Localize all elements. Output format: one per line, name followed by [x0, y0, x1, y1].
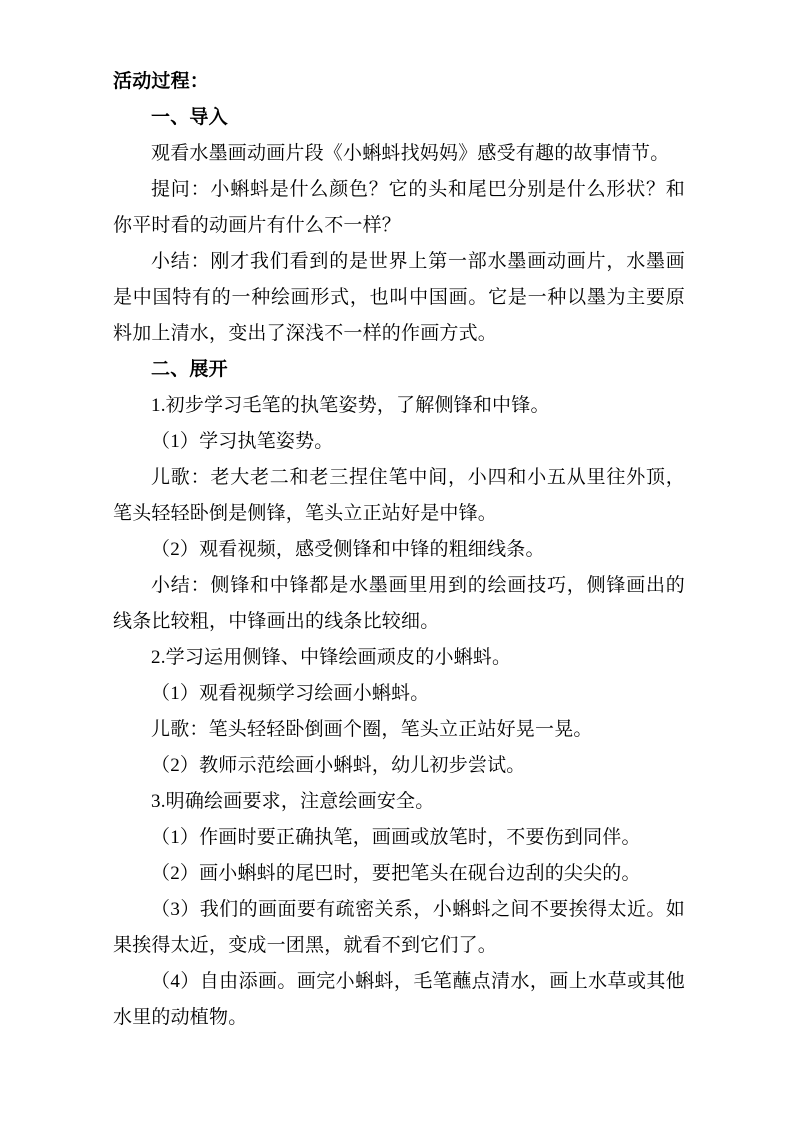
paragraph: 观看水墨画动画片段《小蝌蚪找妈妈》感受有趣的故事情节。: [113, 136, 685, 172]
document-page: 活动过程： 一、导入观看水墨画动画片段《小蝌蚪找妈妈》感受有趣的故事情节。提问：…: [0, 0, 794, 1123]
document-body: 活动过程： 一、导入观看水墨画动画片段《小蝌蚪找妈妈》感受有趣的故事情节。提问：…: [113, 64, 685, 1036]
paragraph: 二、展开: [113, 352, 685, 388]
paragraph: （1）学习执笔姿势。: [113, 424, 685, 460]
paragraph: 2.学习运用侧锋、中锋绘画顽皮的小蝌蚪。: [113, 640, 685, 676]
paragraph: 一、导入: [113, 100, 685, 136]
section-heading: 活动过程：: [113, 64, 685, 100]
paragraph: （2）教师示范绘画小蝌蚪，幼儿初步尝试。: [113, 748, 685, 784]
paragraph: 小结：侧锋和中锋都是水墨画里用到的绘画技巧，侧锋画出的线条比较粗，中锋画出的线条…: [113, 568, 685, 640]
paragraph: 儿歌：老大老二和老三捏住笔中间，小四和小五从里往外顶，笔头轻轻卧倒是侧锋，笔头立…: [113, 460, 685, 532]
paragraph: （1）观看视频学习绘画小蝌蚪。: [113, 676, 685, 712]
paragraph: （2）观看视频，感受侧锋和中锋的粗细线条。: [113, 532, 685, 568]
paragraph: （1）作画时要正确执笔，画画或放笔时，不要伤到同伴。: [113, 820, 685, 856]
paragraph: （2）画小蝌蚪的尾巴时，要把笔头在砚台边刮的尖尖的。: [113, 856, 685, 892]
paragraph: 1.初步学习毛笔的执笔姿势，了解侧锋和中锋。: [113, 388, 685, 424]
paragraph: 小结：刚才我们看到的是世界上第一部水墨画动画片，水墨画是中国特有的一种绘画形式，…: [113, 244, 685, 352]
paragraph: （4）自由添画。画完小蝌蚪，毛笔蘸点清水，画上水草或其他水里的动植物。: [113, 964, 685, 1036]
paragraph: 儿歌：笔头轻轻卧倒画个圈，笔头立正站好晃一晃。: [113, 712, 685, 748]
paragraph: （3）我们的画面要有疏密关系，小蝌蚪之间不要挨得太近。如果挨得太近，变成一团黑，…: [113, 892, 685, 964]
paragraph: 3.明确绘画要求，注意绘画安全。: [113, 784, 685, 820]
paragraph: 提问：小蝌蚪是什么颜色？它的头和尾巴分别是什么形状？和你平时看的动画片有什么不一…: [113, 172, 685, 244]
